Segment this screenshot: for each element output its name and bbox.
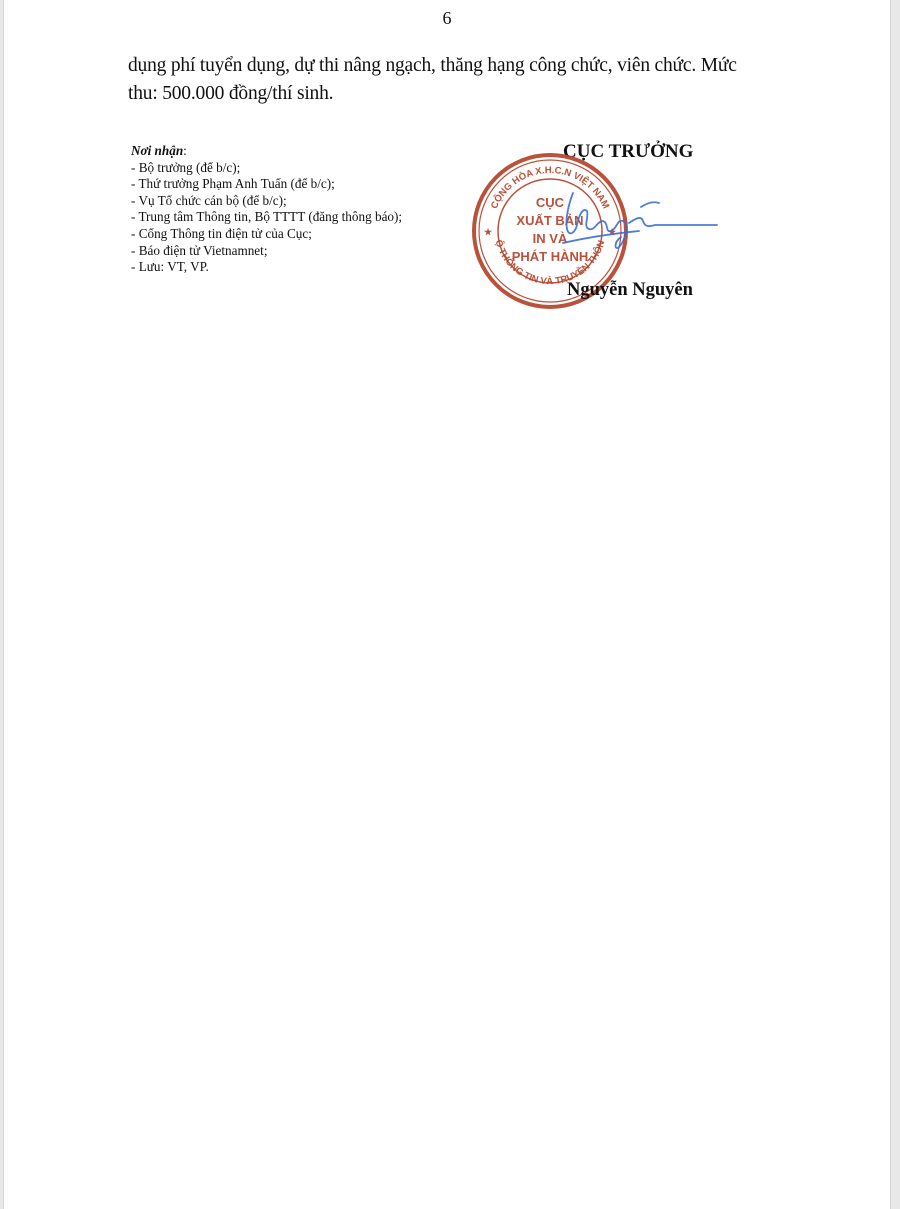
recipient-item: - Bộ trưởng (để b/c); bbox=[131, 160, 402, 177]
document-page: 6 dụng phí tuyển dụng, dự thi nâng ngạch… bbox=[3, 0, 891, 1209]
body-line: dụng phí tuyển dụng, dự thi nâng ngạch, … bbox=[128, 52, 808, 80]
recipient-item: - Thứ trưởng Phạm Anh Tuấn (để b/c); bbox=[131, 176, 402, 193]
recipients-list: Nơi nhận: - Bộ trưởng (để b/c); - Thứ tr… bbox=[131, 143, 402, 276]
body-paragraph: dụng phí tuyển dụng, dự thi nâng ngạch, … bbox=[128, 52, 808, 108]
recipient-item: - Trung tâm Thông tin, Bộ TTTT (đăng thô… bbox=[131, 209, 402, 226]
svg-text:★: ★ bbox=[484, 227, 493, 237]
signature-icon bbox=[559, 185, 724, 255]
recipient-item: - Lưu: VT, VP. bbox=[131, 259, 402, 276]
body-line: thu: 500.000 đồng/thí sinh. bbox=[128, 80, 808, 108]
signer-name: Nguyễn Nguyên bbox=[567, 280, 693, 301]
recipient-item: - Cổng Thông tin điện tử của Cục; bbox=[131, 226, 402, 243]
recipient-item: - Báo điện tử Vietnamnet; bbox=[131, 243, 402, 260]
page-number: 6 bbox=[4, 8, 890, 29]
recipient-item: - Vụ Tổ chức cán bộ (để b/c); bbox=[131, 193, 402, 210]
recipients-title: Nơi nhận bbox=[131, 143, 183, 158]
